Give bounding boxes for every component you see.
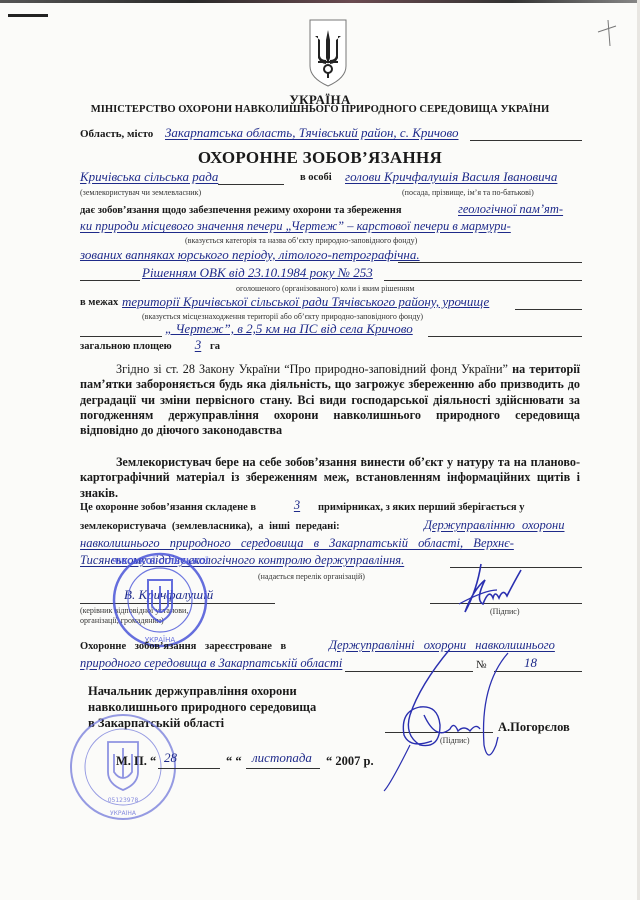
representative-caption: (посада, прізвище, ім’я та по-батькові) <box>402 188 534 197</box>
land-user-value: Кричівська сільська рада <box>80 169 218 185</box>
head-title-line-1: Начальник держуправління охорони <box>88 684 297 699</box>
registration-prefix: Охоронне зобов’язання зареєстроване в <box>80 641 286 652</box>
decision-caption: оголошеного (організованого) коли і яким… <box>236 284 414 293</box>
location-caption: (вказується місцезнаходження території а… <box>142 312 423 321</box>
copies-value: 3 <box>284 498 310 513</box>
scan-top-edge <box>0 0 640 3</box>
registration-org-line-2: природного середовища в Закарпатській об… <box>80 656 342 671</box>
location-line-1: території Кричівської сільської ради Тяч… <box>122 294 489 310</box>
decision-value: Рішенням ОВК від 23.10.1984 року № 253 <box>142 265 373 281</box>
decision-underline-right <box>384 280 582 281</box>
location-line-2: „ Чертеж”, в 2,5 км на ПС від села Кричо… <box>165 321 413 337</box>
svg-text:ЧІВСЬКОЇ·СІЛЬСЬКОЇ: ЧІВСЬКОЇ·СІЛЬСЬКОЇ <box>112 556 209 566</box>
ministry-heading: МІНІСТЕРСТВО ОХОРОНИ НАВКОЛИШНЬОГО ПРИРО… <box>0 104 640 115</box>
object-line-2: ки природи місцевого значення печери „Че… <box>80 219 511 234</box>
area-value: 3 <box>190 337 206 353</box>
copies-suffix: примірниках, з яких перший зберігається … <box>318 502 524 513</box>
object-caption: (вказується категорія та назва об’єкту п… <box>185 236 417 245</box>
dash-mark <box>8 14 48 17</box>
open-quote-day: “ <box>150 754 156 769</box>
recipients-caption: (надається перелік організацій) <box>258 572 365 581</box>
date-year: “ 2007 р. <box>326 754 374 769</box>
object-line-3-underline <box>398 262 582 263</box>
represented-by-label: в особі <box>300 172 332 183</box>
object-line-3: зованих вапняках юрського періоду, літол… <box>80 247 420 263</box>
village-council-stamp: ЧІВСЬКОЇ·СІЛЬСЬКОЇ УКРАЇНА <box>110 550 210 650</box>
representative-value: голови Кричфалушія Василя Івановича <box>345 169 557 185</box>
obligation-text: Землекористувач бере на себе зобов’язанн… <box>80 455 580 500</box>
land-user-caption: (землекористувач чи землевласник) <box>80 188 201 197</box>
location-underline <box>515 309 582 310</box>
obligation-intro: дає зобов’язання щодо забезпечення режим… <box>80 205 402 216</box>
area-label: загальною площею <box>80 341 172 352</box>
date-month-underline <box>246 768 320 769</box>
region-value: Закарпатська область, Тячівський район, … <box>165 125 459 141</box>
signature-2-scribble <box>380 645 520 795</box>
svg-text:05123978: 05123978 <box>108 797 139 804</box>
location-line-2-underline-left <box>80 336 162 337</box>
recipients-line-1: Держуправлінню охорони <box>424 518 565 533</box>
date-day: 28 <box>164 750 177 766</box>
date-day-underline <box>158 768 220 769</box>
ukraine-trident-emblem-icon <box>307 18 349 88</box>
region-label: Область, місто <box>80 128 153 140</box>
copies-prefix: Це охоронне зобов’язання складене в <box>80 502 256 513</box>
object-line-1: геологічної пам’ят- <box>458 202 563 217</box>
date-month: листопада <box>252 750 312 766</box>
signature-1-scribble <box>455 560 535 620</box>
recipients-line-2: навколишнього природного середовища в За… <box>80 536 514 551</box>
area-unit: га <box>210 341 220 352</box>
law-paragraph: Згідно зі ст. 28 Закону України “Про при… <box>80 362 580 438</box>
location-line-2-underline-right <box>428 336 582 337</box>
region-underline <box>470 140 582 141</box>
stamp-place-label: М. П. <box>116 754 147 769</box>
within-label: в межах <box>80 297 118 308</box>
copies-line2-prefix: землекористувача (землевласника), а інші… <box>80 521 340 532</box>
decision-underline-left <box>80 280 140 281</box>
obligation-paragraph: Землекористувач бере на себе зобов’язанн… <box>80 455 580 501</box>
registration-number-value: 18 <box>524 655 537 671</box>
law-reference: Згідно зі ст. 28 Закону України “Про при… <box>116 362 508 376</box>
svg-text:УКРАЇНА: УКРАЇНА <box>110 810 137 817</box>
document-title: ОХОРОННЕ ЗОБОВ’ЯЗАННЯ <box>0 148 640 168</box>
pencil-cross-mark <box>590 8 620 48</box>
land-user-underline <box>218 184 284 185</box>
date-quotes: “ “ <box>226 754 242 769</box>
